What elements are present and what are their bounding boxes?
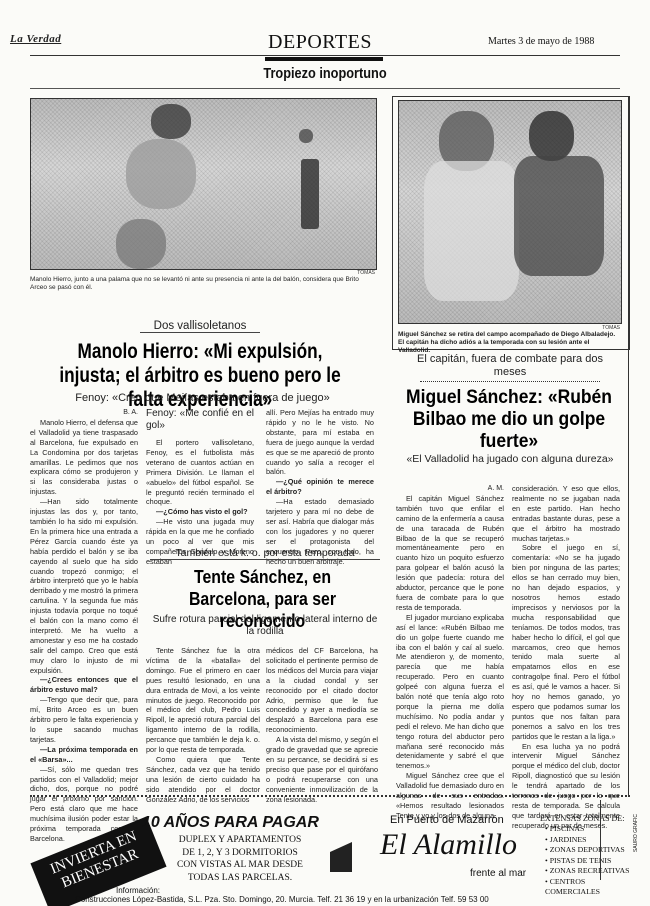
fenoy-subhead: Fenoy: «Me confié en el gol» <box>146 408 254 432</box>
ad-zones-title: EXTENSAS ZONAS DE: <box>540 814 624 823</box>
hierro-byline: B. A. <box>30 408 138 418</box>
ad-contact: Construcciones López-Bastida, S.L. Pza. … <box>75 895 489 904</box>
paragraph: —Han sido totalmente injustas las dos y,… <box>30 497 138 675</box>
photo-miguel-sanchez <box>398 100 622 324</box>
photo-caption-left: Manolo Hierro, junto a una palama que no… <box>30 276 375 292</box>
ad-brand: El Alamillo <box>380 828 517 862</box>
paragraph: Sobre el juego en sí, comentaría: «No se… <box>512 543 620 741</box>
miguel-col2: consideración. Y eso que ellos, realment… <box>512 484 620 831</box>
hierro-col3: allí. Pero Mejías ha entrado muy rápido … <box>266 408 374 567</box>
ad-line: DUPLEX Y APARTAMENTOS <box>165 834 315 847</box>
question: —¿Crees entonces que el árbitro estuvo m… <box>30 675 138 695</box>
miguel-headline: Miguel Sánchez: «Rubén Bilbao me dio un … <box>404 387 614 453</box>
miguel-kicker: El capitán, fuera de combate para dos me… <box>415 353 605 379</box>
hierro-col2: Fenoy: «Me confié en el gol» El portero … <box>146 408 254 567</box>
paragraph: Como quiera que Tente Sánchez, cada vez … <box>146 755 260 805</box>
ad-divider <box>30 795 630 797</box>
section-underline <box>265 57 383 61</box>
tente-col1: Tente Sánchez fue la otra víctima de la … <box>146 646 260 805</box>
paragraph: Manolo Hierro, el defensa que el Vallado… <box>30 418 138 497</box>
ad-headline: 10 AÑOS PARA PAGAR <box>142 814 319 832</box>
ad-line: CON VISTAS AL MAR DESDE <box>165 859 315 872</box>
tente-kicker: También está k. o. por esta temporada <box>150 547 380 560</box>
advertisement: INVIERTA EN BIENESTAR 10 AÑOS PARA PAGAR… <box>30 812 630 904</box>
question: —La próxima temporada en el «Barsa»... <box>30 745 138 765</box>
ad-offer: DUPLEX Y APARTAMENTOS DE 1, 2, Y 3 DORMI… <box>165 834 315 884</box>
ad-zone-item: PISCINAS <box>545 824 630 835</box>
ad-location: En Puerto de Mazarrón <box>390 814 504 826</box>
paragraph: El jugador murciano explicaba así el lan… <box>396 613 504 772</box>
section-title: DEPORTES <box>255 31 385 54</box>
right-column-border <box>628 96 629 796</box>
ad-right-border <box>600 800 601 880</box>
header-rule <box>30 55 620 56</box>
ad-zone-item: ZONAS RECREATIVAS <box>545 866 630 877</box>
page-kicker: Tropiezo inoportuno <box>219 65 432 82</box>
ad-zone-item: CENTROS COMERCIALES <box>545 877 630 898</box>
paragraph: allí. Pero Mejías ha entrado muy rápido … <box>266 408 374 477</box>
miguel-byline: A. M. <box>396 484 504 494</box>
ad-line: TODAS LAS PARCELAS. <box>165 872 315 885</box>
question: —¿Qué opinión te merece el árbitro? <box>266 477 374 497</box>
paragraph: médicos del CF Barcelona, ha solicitado … <box>266 646 378 735</box>
ad-line: DE 1, 2, Y 3 DORMITORIOS <box>165 847 315 860</box>
miguel-col1: A. M. El capitán Miguel Sánchez también … <box>396 484 504 821</box>
tente-deck: Sufre rotura parcial del ligamento later… <box>150 614 380 638</box>
hierro-col1: B. A. Manolo Hierro, el defensa que el V… <box>30 408 138 844</box>
masthead-logo: La Verdad <box>10 33 90 45</box>
question: —¿Cómo has visto el gol? <box>146 507 254 517</box>
photo-caption-right: Miguel Sánchez se retira del campo acomp… <box>398 331 620 355</box>
hierro-deck: Fenoy: «Creo que Mejías estaba en fuera … <box>30 392 375 404</box>
ad-agency: SAURO GRAFIC <box>633 814 639 852</box>
hierro-kicker: Dos vallisoletanos <box>140 320 260 333</box>
paragraph: Tente Sánchez fue la otra víctima de la … <box>146 646 260 755</box>
paragraph: El capitán Miguel Sánchez también tuvo q… <box>396 494 504 613</box>
photo-hierro <box>30 98 377 270</box>
tente-col2: médicos del CF Barcelona, ha solicitado … <box>266 646 378 805</box>
paragraph: consideración. Y eso que ellos, realment… <box>512 484 620 543</box>
ad-tagline: frente al mar <box>470 868 526 879</box>
ad-zone-item: ZONAS DEPORTIVAS <box>545 845 630 856</box>
kicker-rule <box>30 88 620 89</box>
issue-date: Martes 3 de mayo de 1988 <box>488 36 594 47</box>
miguel-deck: «El Valladolid ha jugado con alguna dure… <box>405 453 615 465</box>
ad-zone-item: JARDINES <box>545 835 630 846</box>
paragraph: El portero vallisoletano, Fenoy, es el f… <box>146 438 254 507</box>
kicker-divider <box>420 381 600 382</box>
palm-tree-icon <box>330 822 352 872</box>
ad-zone-item: PISTAS DE TENIS <box>545 856 630 867</box>
ad-info-label: Información: <box>116 886 160 895</box>
ad-zones-list: PISCINAS JARDINES ZONAS DEPORTIVAS PISTA… <box>545 824 630 898</box>
paragraph: —Tengo que decir que, para mí, Brito Arc… <box>30 695 138 745</box>
